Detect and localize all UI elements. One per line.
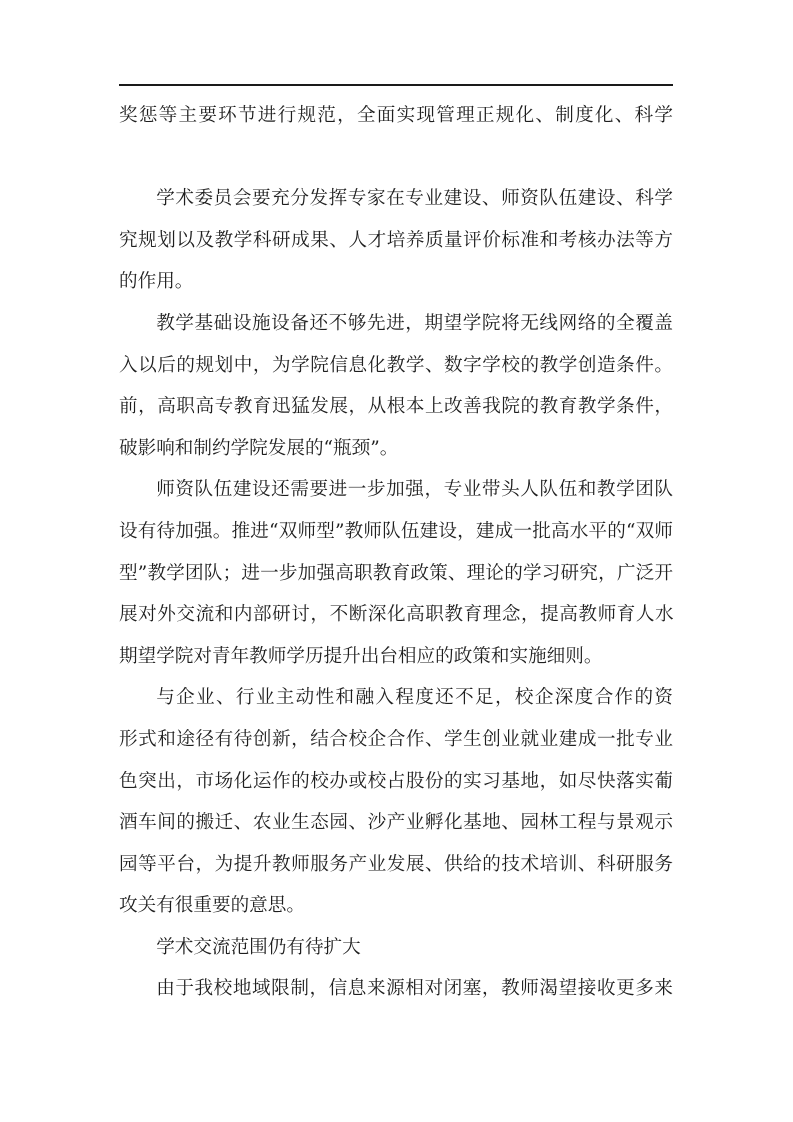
paragraph-teaching-infrastructure: 教学基础设施设备还不够先进，期望学院将无线网络的全覆盖列 入以后的规划中，为学院… xyxy=(119,303,673,469)
text-line: 教学基础设施设备还不够先进，期望学院将无线网络的全覆盖列 xyxy=(119,303,673,345)
text-line: 前，高职高专教育迅猛发展，从根本上改善我院的教育教学条件，打 xyxy=(119,386,673,428)
text-line: 园等平台，为提升教师服务产业发展、供给的技术培训、科研服务和 xyxy=(119,844,673,886)
text-line: 入以后的规划中，为学院信息化教学、数字学校的教学创造条件。目 xyxy=(119,345,673,387)
text-line: 色突出，市场化运作的校办或校占股份的实习基地，如尽快落实葡萄 xyxy=(119,761,673,803)
paragraph-teacher-team-building: 师资队伍建设还需要进一步加强，专业带头人队伍和教学团队建 设有待加强。推进“双师… xyxy=(119,469,673,677)
text-line: 形式和途径有待创新，结合校企合作、学生创业就业建成一批专业特 xyxy=(119,719,673,761)
text-line: 究规划以及教学科研成果、人才培养质量评价标准和考核办法等方面 xyxy=(119,220,673,262)
text-line: 酒车间的搬迁、农业生态园、沙产业孵化基地、园林工程与景观示范 xyxy=(119,802,673,844)
text-line: 展对外交流和内部研讨，不断深化高职教育理念，提高教师育人水平。 xyxy=(119,594,673,636)
paragraph-regional-limitation: 由于我校地域限制，信息来源相对闭塞，教师渴望接收更多来自 xyxy=(119,968,673,1010)
text-line: 破影响和制约学院发展的“瓶颈”。 xyxy=(119,428,673,470)
text-line: 期望学院对青年教师学历提升出台相应的政策和实施细则。 xyxy=(119,636,673,678)
text-line: 学术交流范围仍有待扩大 xyxy=(119,927,673,969)
text-line: 与企业、行业主动性和融入程度还不足，校企深度合作的资料、 xyxy=(119,677,673,719)
document-page: 奖惩等主要环节进行规范，全面实现管理正规化、制度化、科学化。 学术委员会要充分发… xyxy=(0,0,793,1122)
text-line: 由于我校地域限制，信息来源相对闭塞，教师渴望接收更多来自 xyxy=(119,968,673,1010)
document-body: 奖惩等主要环节进行规范，全面实现管理正规化、制度化、科学化。 学术委员会要充分发… xyxy=(119,95,673,1010)
paragraph-enterprise-cooperation: 与企业、行业主动性和融入程度还不足，校企深度合作的资料、 形式和途径有待创新，结… xyxy=(119,677,673,927)
text-line: 设有待加强。推进“双师型”教师队伍建设，建成一批高水平的“双师 xyxy=(119,511,673,553)
text-line: 攻关有很重要的意思。 xyxy=(119,885,673,927)
paragraph-academic-committee: 学术委员会要充分发挥专家在专业建设、师资队伍建设、科学研 究规划以及教学科研成果… xyxy=(119,178,673,303)
text-line: 师资队伍建设还需要进一步加强，专业带头人队伍和教学团队建 xyxy=(119,469,673,511)
text-line: 奖惩等主要环节进行规范，全面实现管理正规化、制度化、科学化。 xyxy=(119,95,673,137)
text-line: 学术委员会要充分发挥专家在专业建设、师资队伍建设、科学研 xyxy=(119,178,673,220)
text-line: 型”教学团队；进一步加强高职教育政策、理论的学习研究，广泛开 xyxy=(119,553,673,595)
text-line: 的作用。 xyxy=(119,261,673,303)
paragraph-discipline-management-continuation: 奖惩等主要环节进行规范，全面实现管理正规化、制度化、科学化。 xyxy=(119,95,673,137)
header-divider-rule xyxy=(119,84,673,86)
heading-academic-exchange: 学术交流范围仍有待扩大 xyxy=(119,927,673,969)
